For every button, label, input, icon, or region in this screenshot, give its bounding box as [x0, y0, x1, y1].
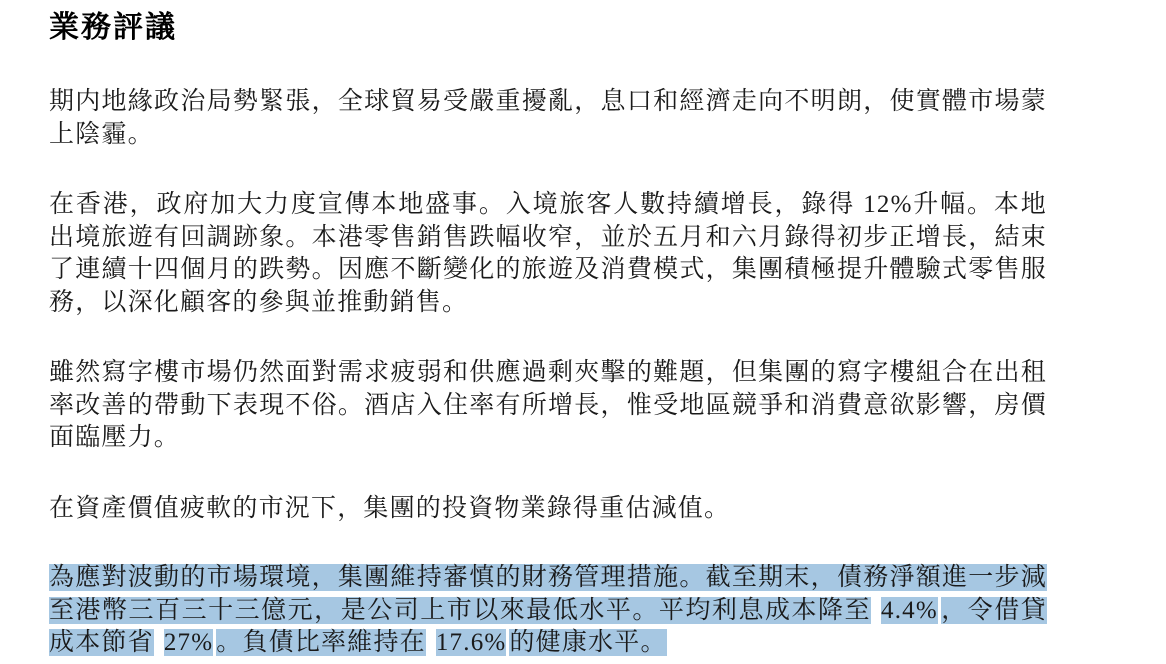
paragraph-market-overview: 期内地緣政治局勢緊張，全球貿易受嚴重擾亂，息口和經濟走向不明朗，使實體市場蒙上陰…: [49, 86, 1047, 151]
highlighted-segment: 的健康水平。: [509, 629, 666, 656]
highlighted-segment-gearing-ratio: 17.6%: [436, 629, 507, 656]
highlighted-segment: 。負債比率維持在: [216, 629, 426, 656]
page-title: 業務評議: [49, 8, 1047, 48]
paragraph-revaluation: 在資產價值疲軟的市況下，集團的投資物業錄得重估減值。: [49, 493, 1047, 526]
paragraph-hongkong-retail: 在香港，政府加大力度宣傳本地盛事。入境旅客人數持續增長，錄得 12%升幅。本地出…: [49, 189, 1047, 319]
paragraph-office-hotel: 雖然寫字樓市場仍然面對需求疲弱和供應過剩夾擊的難題，但集團的寫字樓組合在出租率改…: [49, 357, 1047, 455]
highlighted-segment-cost-saving: 27%: [164, 629, 213, 656]
highlighted-segment-interest-cost: 4.4%: [881, 597, 938, 624]
document-content: 業務評議 期内地緣政治局勢緊張，全球貿易受嚴重擾亂，息口和經濟走向不明朗，使實體…: [49, 0, 1047, 660]
document-page: 業務評議 期内地緣政治局勢緊張，全球貿易受嚴重擾亂，息口和經濟走向不明朗，使實體…: [0, 0, 1166, 664]
paragraph-financial-highlighted: 為應對波動的市場環境，集團維持審慎的財務管理措施。截至期末，債務淨額進一步減至港…: [49, 562, 1047, 660]
